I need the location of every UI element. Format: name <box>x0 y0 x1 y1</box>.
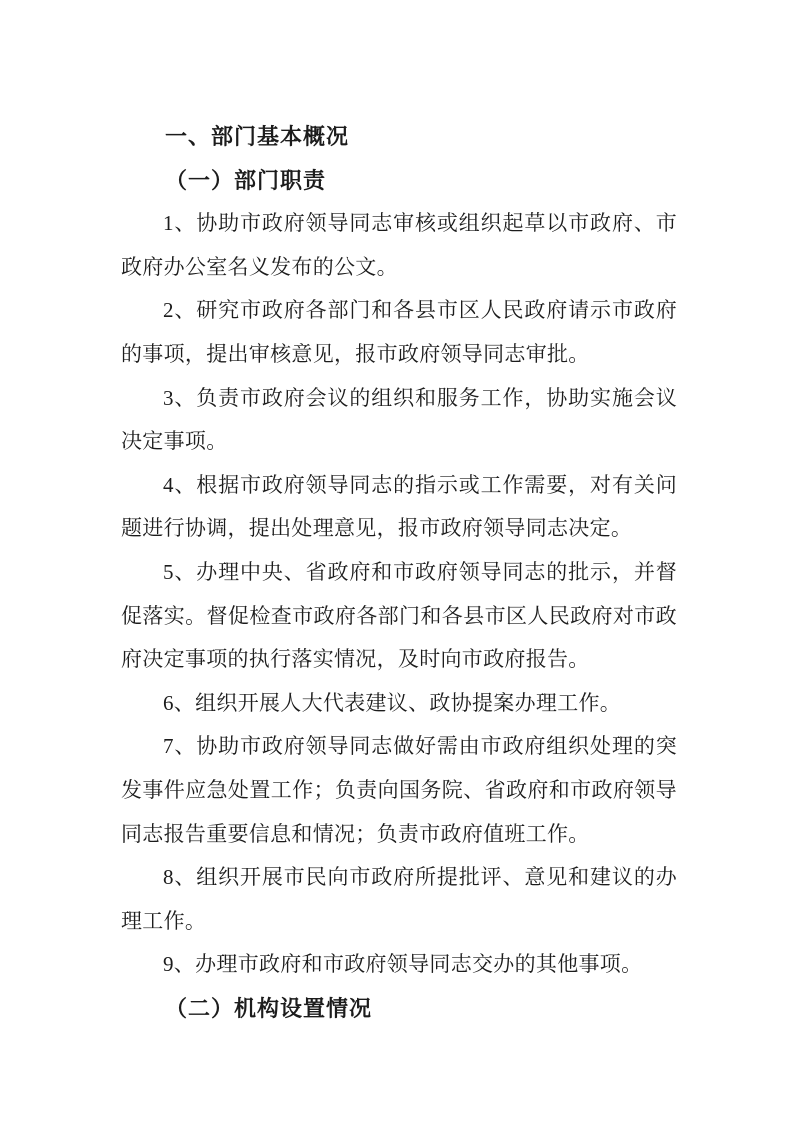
duty-paragraph-5: 5、办理中央、省政府和市政府领导同志的批示，并督促落实。督促检查市政府各部门和各… <box>121 551 677 682</box>
duty-paragraph-9: 9、办理市政府和市政府领导同志交办的其他事项。 <box>121 943 677 987</box>
duty-paragraph-3: 3、负责市政府会议的组织和服务工作，协助实施会议决定事项。 <box>121 377 677 464</box>
duty-paragraph-7: 7、协助市政府领导同志做好需由市政府组织处理的突发事件应急处置工作；负责向国务院… <box>121 725 677 856</box>
duty-paragraph-4: 4、根据市政府领导同志的指示或工作需要，对有关问题进行协调，提出处理意见，报市政… <box>121 464 677 551</box>
duty-paragraph-8: 8、组织开展市民向市政府所提批评、意见和建议的办理工作。 <box>121 856 677 943</box>
document-content: 一、部门基本概况 （一）部门职责 1、协助市政府领导同志审核或组织起草以市政府、… <box>121 115 677 1030</box>
duty-paragraph-6: 6、组织开展人大代表建议、政协提案办理工作。 <box>121 682 677 726</box>
subsection-heading-duties: （一）部门职责 <box>121 159 677 203</box>
duty-paragraph-2: 2、研究市政府各部门和各县市区人民政府请示市政府的事项，提出审核意见，报市政府领… <box>121 289 677 376</box>
document-page: 一、部门基本概况 （一）部门职责 1、协助市政府领导同志审核或组织起草以市政府、… <box>0 0 793 1122</box>
duty-paragraph-1: 1、协助市政府领导同志审核或组织起草以市政府、市政府办公室名义发布的公文。 <box>121 202 677 289</box>
section-heading: 一、部门基本概况 <box>121 115 677 159</box>
subsection-heading-organization: （二）机构设置情况 <box>121 987 677 1031</box>
